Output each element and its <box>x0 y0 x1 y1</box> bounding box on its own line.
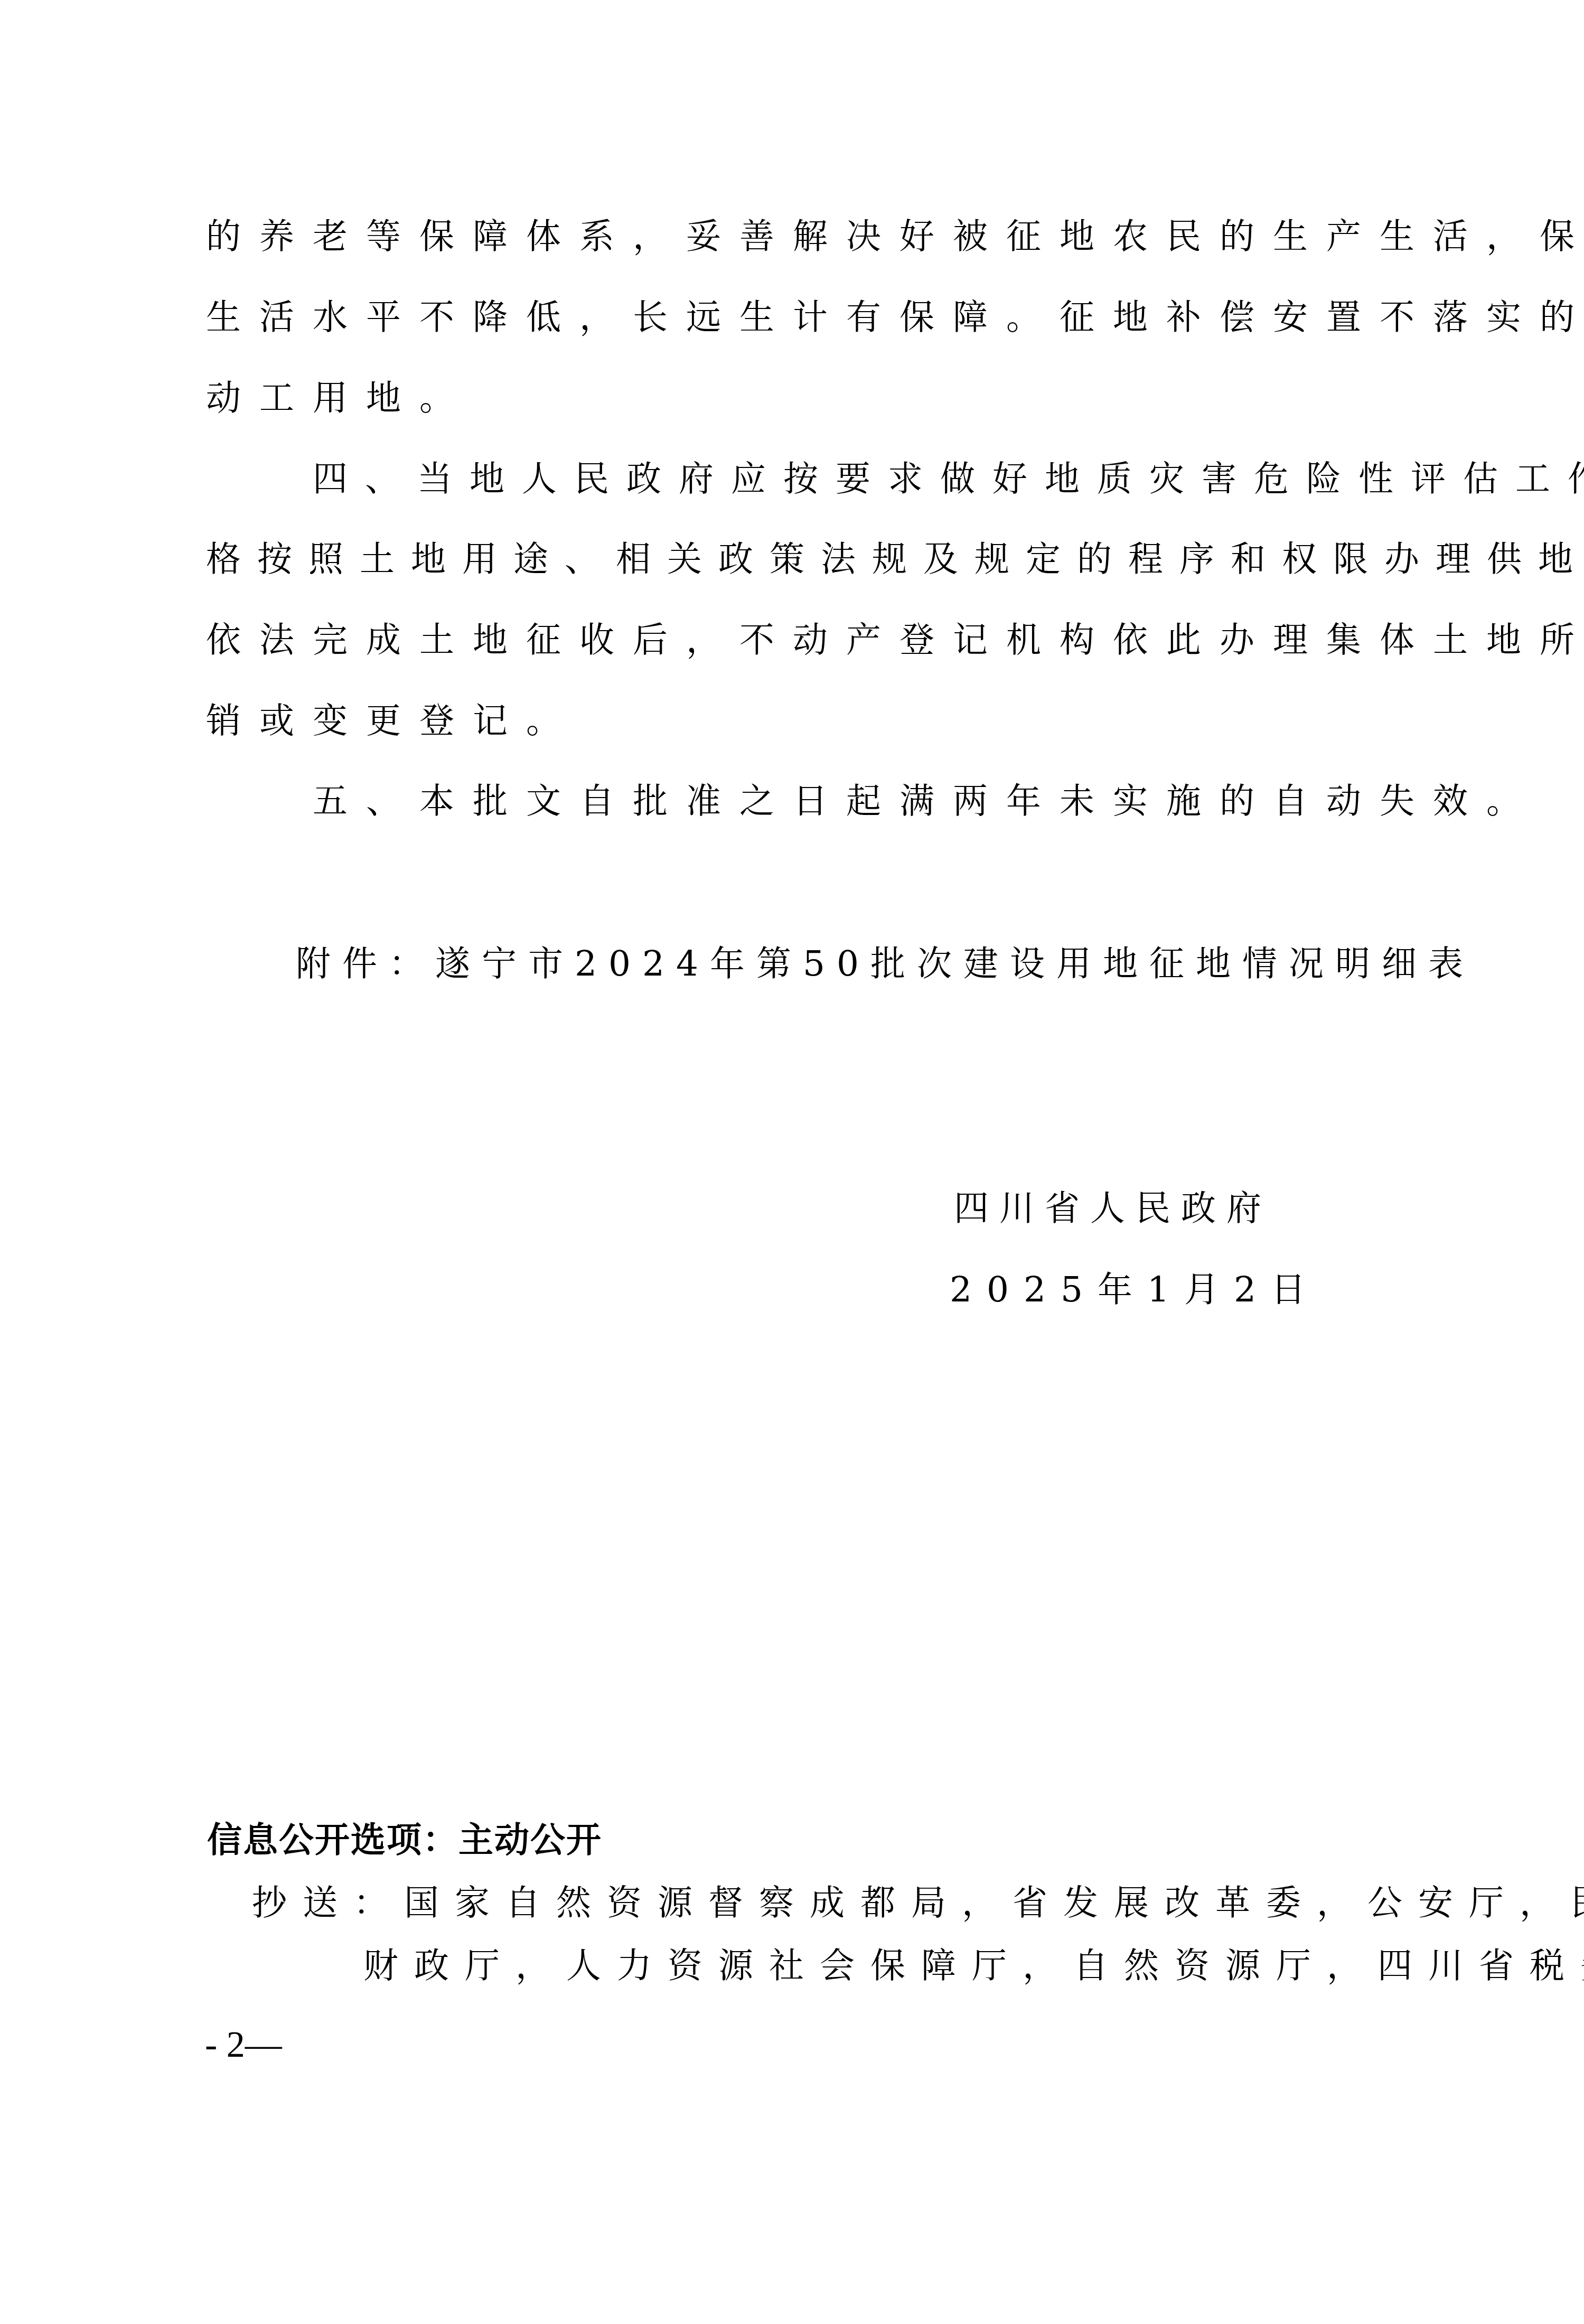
document-page: 的养老等保障体系，妥善解决好被征地农民的生产生活，保证原有 生活水平不降低，长远… <box>0 0 1584 2324</box>
body-text-line: 销或变更登记。 <box>206 701 1389 741</box>
issue-date: 2025年1月2日 <box>950 1270 1320 1310</box>
page-number: - 2— <box>205 2024 282 2066</box>
section-four-first-line: 四、当地人民政府应按要求做好地质灾害危险性评估工作，严 <box>313 459 1496 499</box>
cc-line: 抄送：国家自然资源督察成都局，省发展改革委，公安厅，民政厅， <box>252 1883 1584 1923</box>
cc-line: 财政厅，人力资源社会保障厅，自然资源厅，四川省税务局。 <box>363 1946 1584 1986</box>
body-text-line: 依法完成土地征收后，不动产登记机构依此办理集体土地所有权注 <box>206 620 1389 660</box>
body-text-line: 生活水平不降低，长远生计有保障。征地补偿安置不落实的，不得 <box>206 297 1389 338</box>
body-text-line: 格按照土地用途、相关政策法规及规定的程序和权限办理供地手续。 <box>206 539 1389 579</box>
body-text-line: 的养老等保障体系，妥善解决好被征地农民的生产生活，保证原有 <box>206 217 1389 257</box>
body-text-line: 动工用地。 <box>206 378 1389 418</box>
disclosure-option: 信息公开选项：主动公开 <box>207 1820 602 1860</box>
issuer-name: 四川省人民政府 <box>954 1188 1272 1229</box>
attachment-line: 附件：遂宁市2024年第50批次建设用地征地情况明细表 <box>296 944 1475 984</box>
section-five-line: 五、本批文自批准之日起满两年未实施的自动失效。 <box>313 781 1496 821</box>
